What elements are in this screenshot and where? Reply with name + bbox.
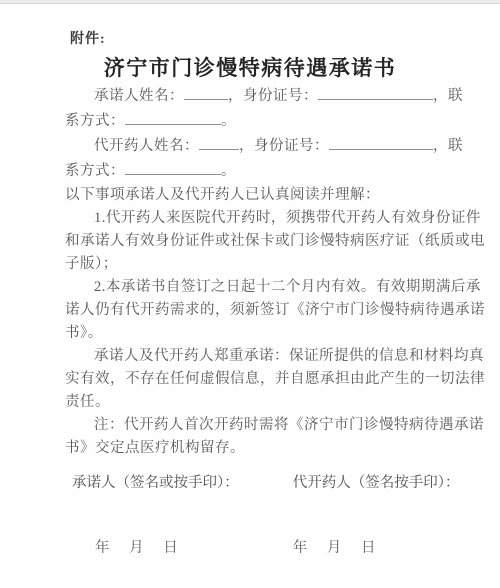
promisor-contact-line: 系方式：。 <box>65 109 456 134</box>
promisor-id-label: ，身份证号： <box>228 88 318 104</box>
clause-line: 和承诺人有效身份证件或社保卡或门诊慢特病医疗证（纸质或电 <box>65 230 456 253</box>
clause-line: 书》交定点医疗机构留存。 <box>65 437 456 460</box>
clause-line: 责任。 <box>65 391 456 414</box>
promisor-contact-blank <box>125 111 221 125</box>
agent-name-blank <box>199 136 239 150</box>
signature-row: 承诺人（签名或按手印）： 代开药人（签名按手印）： <box>72 473 500 493</box>
clause-line: 承诺人及代开药人郑重承诺：保证所提供的信息和材料均真 <box>65 345 456 368</box>
agent-name-label: 代开药人姓名： <box>94 138 199 154</box>
promisor-id-blank <box>318 86 433 100</box>
document-title: 济宁市门诊慢特病待遇承诺书 <box>0 53 500 83</box>
agent-signature-label: 代开药人（签名按手印）： <box>293 473 460 493</box>
document-body: 承诺人姓名：，身份证号：，联 系方式：。 代开药人姓名：，身份证号：，联 系方式… <box>65 84 456 460</box>
agent-id-blank <box>329 136 433 150</box>
date-right: 年 月 日 <box>293 538 376 558</box>
date-left: 年 月 日 <box>95 538 178 558</box>
agent-info-line: 代开药人姓名：，身份证号：，联 <box>65 134 456 159</box>
promisor-line-end: ，联 <box>433 88 463 104</box>
clause-line: 2.本承诺书自签订之日起十二个月内有效。有效期期满后承 <box>65 276 456 299</box>
clause-line: 诺人仍有代开药需求的，须新签订《济宁市门诊慢特病待遇承诺 <box>65 299 456 322</box>
clause-line: 实有效，不存在任何虚假信息，并自愿承担由此产生的一切法律 <box>65 368 456 391</box>
promisor-contact-end: 。 <box>221 113 236 129</box>
agent-id-label: ，身份证号： <box>239 138 329 154</box>
agent-contact-label: 系方式： <box>65 163 125 179</box>
agent-line-end: ，联 <box>433 138 463 154</box>
clause-line: 1.代开药人来医院代开药时，须携带代开药人有效身份证件 <box>65 207 456 230</box>
attachment-label: 附件: <box>70 31 500 49</box>
clause-line: 注：代开药人首次开药时需将《济宁市门诊慢特病待遇承诺 <box>65 414 456 437</box>
photo-top-edge-line <box>0 3 500 4</box>
promisor-name-label: 承诺人姓名： <box>94 88 184 104</box>
promisor-info-line: 承诺人姓名：，身份证号：，联 <box>65 84 456 109</box>
agent-contact-line: 系方式：。 <box>65 159 456 184</box>
scanned-document-page: 附件: 济宁市门诊慢特病待遇承诺书 承诺人姓名：，身份证号：，联 系方式：。 代… <box>0 0 500 588</box>
date-row: 年 月 日 年 月 日 <box>95 538 500 558</box>
date-gap <box>178 538 293 558</box>
agent-contact-end: 。 <box>221 163 236 179</box>
promisor-contact-label: 系方式： <box>65 113 125 129</box>
promisor-signature-label: 承诺人（签名或按手印）： <box>72 473 239 493</box>
intro-line: 以下事项承诺人及代开药人已认真阅读并理解： <box>65 184 456 207</box>
clause-line: 书》。 <box>65 322 456 345</box>
promisor-name-blank <box>184 86 228 100</box>
agent-contact-blank <box>125 161 221 175</box>
clause-line: 子版）； <box>65 253 456 276</box>
